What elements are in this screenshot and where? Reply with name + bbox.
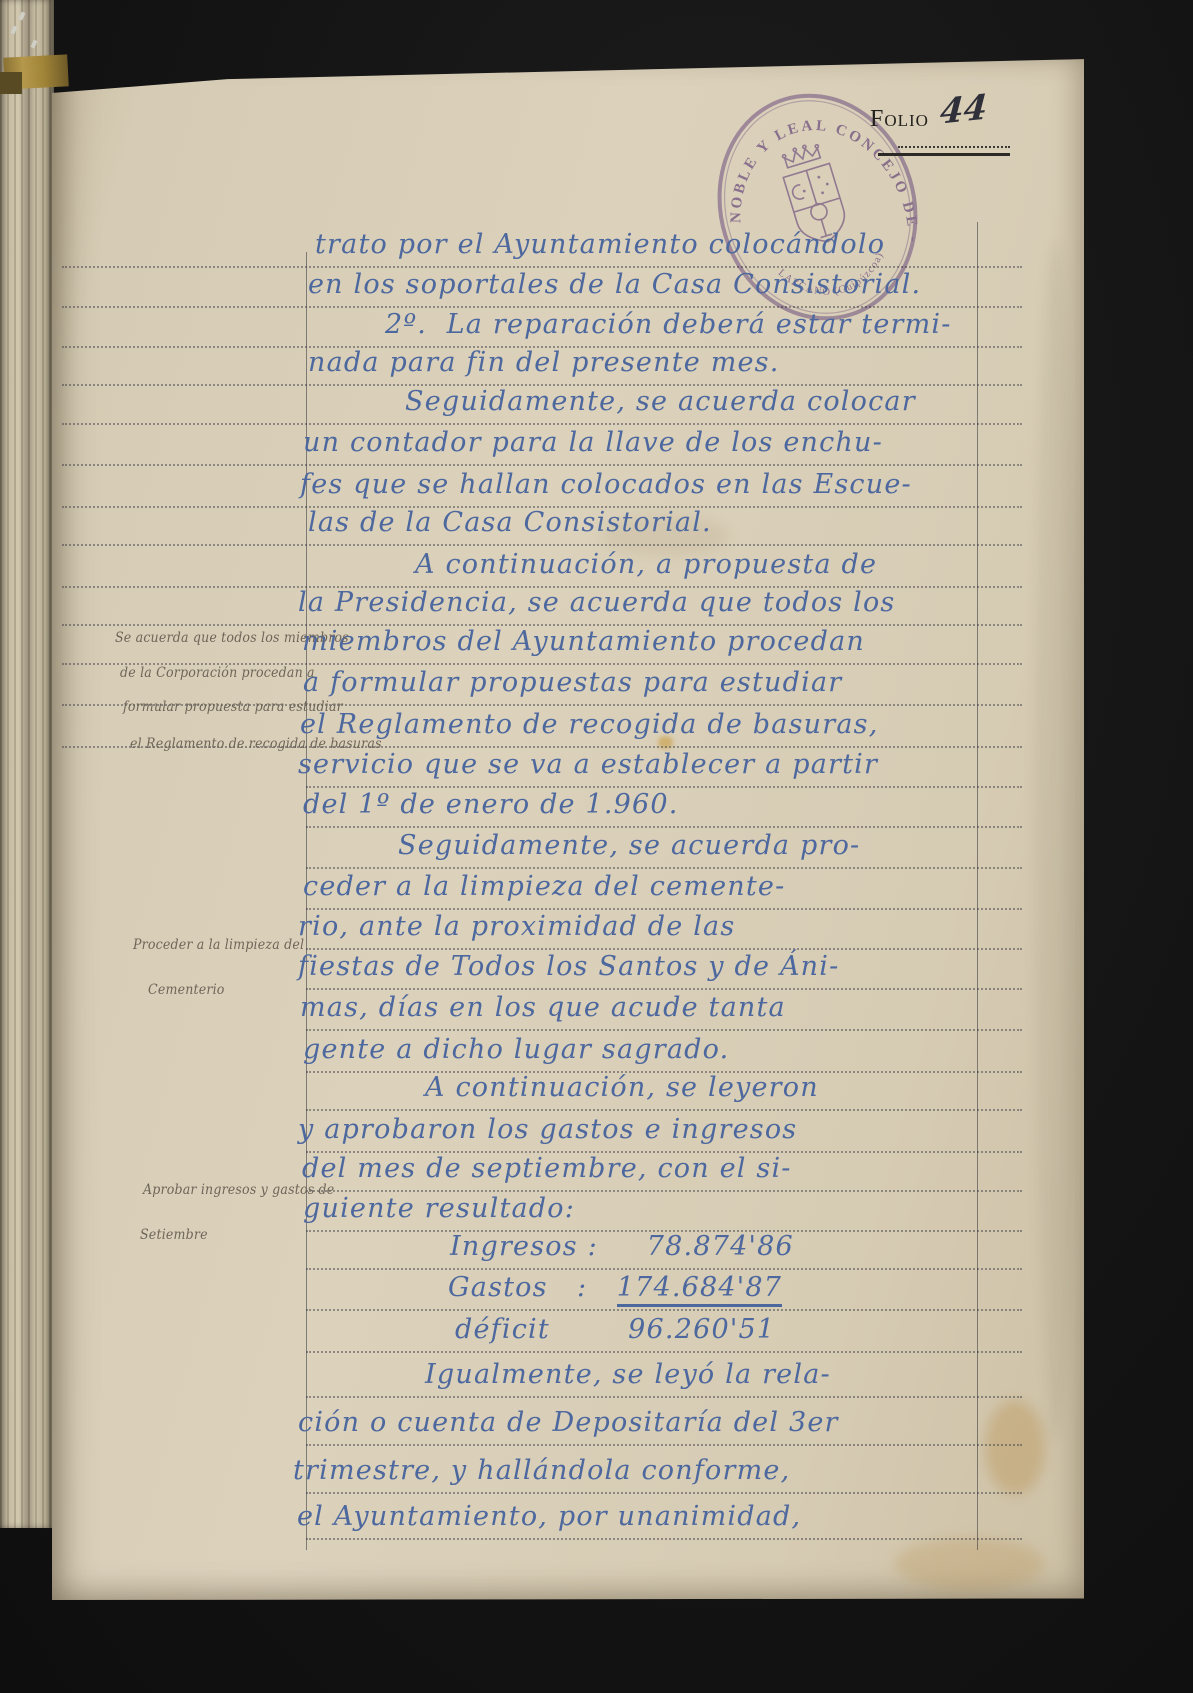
manuscript-line: y aprobaron los gastos e ingresos — [298, 1114, 797, 1145]
text-part: Gastos : — [448, 1272, 617, 1303]
manuscript-line: rio, ante la proximidad de las — [298, 911, 735, 942]
ruled-line — [306, 1190, 1022, 1192]
ruled-line — [306, 786, 1022, 788]
margin-note-line: de la Corporación procedan a — [120, 665, 315, 681]
folio-label: Folio — [870, 106, 929, 133]
manuscript-line: ción o cuenta de Depositaría del 3er — [298, 1407, 839, 1438]
margin-note-line: Setiembre — [140, 1227, 208, 1243]
folio-underline-dotted — [898, 146, 1010, 148]
star-icon — [817, 175, 821, 179]
star-icon — [821, 191, 825, 195]
ruled-line — [306, 908, 1022, 910]
crown-icon — [784, 145, 820, 167]
manuscript-line: el Ayuntamiento, por unanimidad, — [297, 1501, 801, 1532]
ruled-line — [306, 1444, 1022, 1446]
manuscript-line: trato por el Ayuntamiento colocándolo — [315, 229, 885, 260]
manuscript-line: A continuación, a propuesta de — [415, 549, 877, 580]
ruled-line — [306, 1109, 1022, 1111]
ruled-line — [306, 826, 1022, 828]
foxing-stain — [895, 1538, 1045, 1590]
manuscript-line: ceder a la limpieza del cemente- — [303, 871, 785, 902]
manuscript-line: déficit 96.260'51 — [455, 1314, 775, 1345]
margin-line-right — [977, 222, 978, 1550]
foxing-stain — [985, 1400, 1045, 1495]
margin-note-line: Aprobar ingresos y gastos de — [143, 1182, 334, 1198]
manuscript-line: fes que se hallan colocados en las Escue… — [300, 469, 912, 500]
star-icon — [802, 189, 806, 193]
manuscript-line: el Reglamento de recogida de basuras, — [300, 709, 878, 740]
manuscript-line: a formular propuestas para estudiar — [303, 667, 842, 698]
manuscript-line: un contador para la llave de los enchu- — [303, 427, 883, 458]
underlined-amount: 174.684'87 — [617, 1272, 782, 1307]
crescent-icon — [791, 184, 804, 200]
ruled-line — [306, 867, 1022, 869]
manuscript-line: nada para fin del presente mes. — [308, 347, 780, 378]
manuscript-line: del mes de septiembre, con el si- — [302, 1153, 792, 1184]
ruled-line — [306, 1309, 1022, 1311]
folio-number: 44 — [939, 87, 989, 132]
ruled-line — [62, 544, 1022, 546]
manuscript-line: guiente resultado: — [303, 1193, 575, 1224]
manuscript-line: miembros del Ayuntamiento procedan — [302, 626, 865, 657]
tape-fragment-small — [0, 72, 22, 94]
manuscript-line: Seguidamente, se acuerda colocar — [405, 386, 916, 417]
ruled-line — [306, 1396, 1022, 1398]
margin-note-line: el Reglamento de recogida de basuras — [130, 736, 382, 752]
manuscript-line: Gastos : 174.684'87 — [448, 1272, 782, 1303]
scanned-manuscript-page: Folio 44 NOBLE Y LEAL CONCEJO DE - LAZCA… — [0, 0, 1193, 1693]
manuscript-line: gente a dicho lugar sagrado. — [303, 1034, 729, 1065]
manuscript-line: 2º. La reparación deberá estar termi- — [385, 309, 952, 340]
margin-note-line: formular propuesta para estudiar — [123, 699, 343, 715]
page-edge-shadow — [1035, 240, 1077, 1440]
ruled-line — [306, 1029, 1022, 1031]
manuscript-line: Igualmente, se leyó la rela- — [425, 1359, 831, 1390]
manuscript-line: Seguidamente, se acuerda pro- — [398, 830, 860, 861]
folio-underline-solid — [878, 153, 1010, 156]
ruled-line — [62, 423, 1022, 425]
margin-note-line: Cementerio — [148, 982, 225, 998]
ruled-line — [306, 948, 1022, 950]
manuscript-line: en los soportales de la Casa Consistoria… — [308, 269, 921, 300]
ruled-line — [306, 1268, 1022, 1270]
manuscript-line: la Presidencia, se acuerda que todos los — [298, 587, 895, 618]
manuscript-line: Ingresos : 78.874'86 — [450, 1231, 794, 1262]
manuscript-line: mas, días en los que acude tanta — [300, 992, 786, 1023]
manuscript-line: fiestas de Todos los Santos y de Áni- — [298, 951, 839, 982]
manuscript-line: A continuación, se leyeron — [425, 1072, 819, 1103]
manuscript-line: trimestre, y hallándola conforme, — [293, 1455, 790, 1486]
ruled-line — [306, 1492, 1022, 1494]
manuscript-line: del 1º de enero de 1.960. — [303, 789, 679, 820]
ruled-line — [306, 988, 1022, 990]
ruled-line — [62, 464, 1022, 466]
manuscript-line: servicio que se va a establecer a partir — [298, 749, 878, 780]
ruled-line — [306, 1351, 1022, 1353]
star-icon — [826, 182, 830, 186]
manuscript-line: las de la Casa Consistorial. — [308, 507, 712, 538]
margin-note-line: Se acuerda que todos los miembros — [115, 630, 349, 646]
book-spine — [0, 0, 54, 1528]
margin-note-line: Proceder a la limpieza del — [133, 937, 304, 953]
ruled-line — [306, 1538, 1022, 1540]
